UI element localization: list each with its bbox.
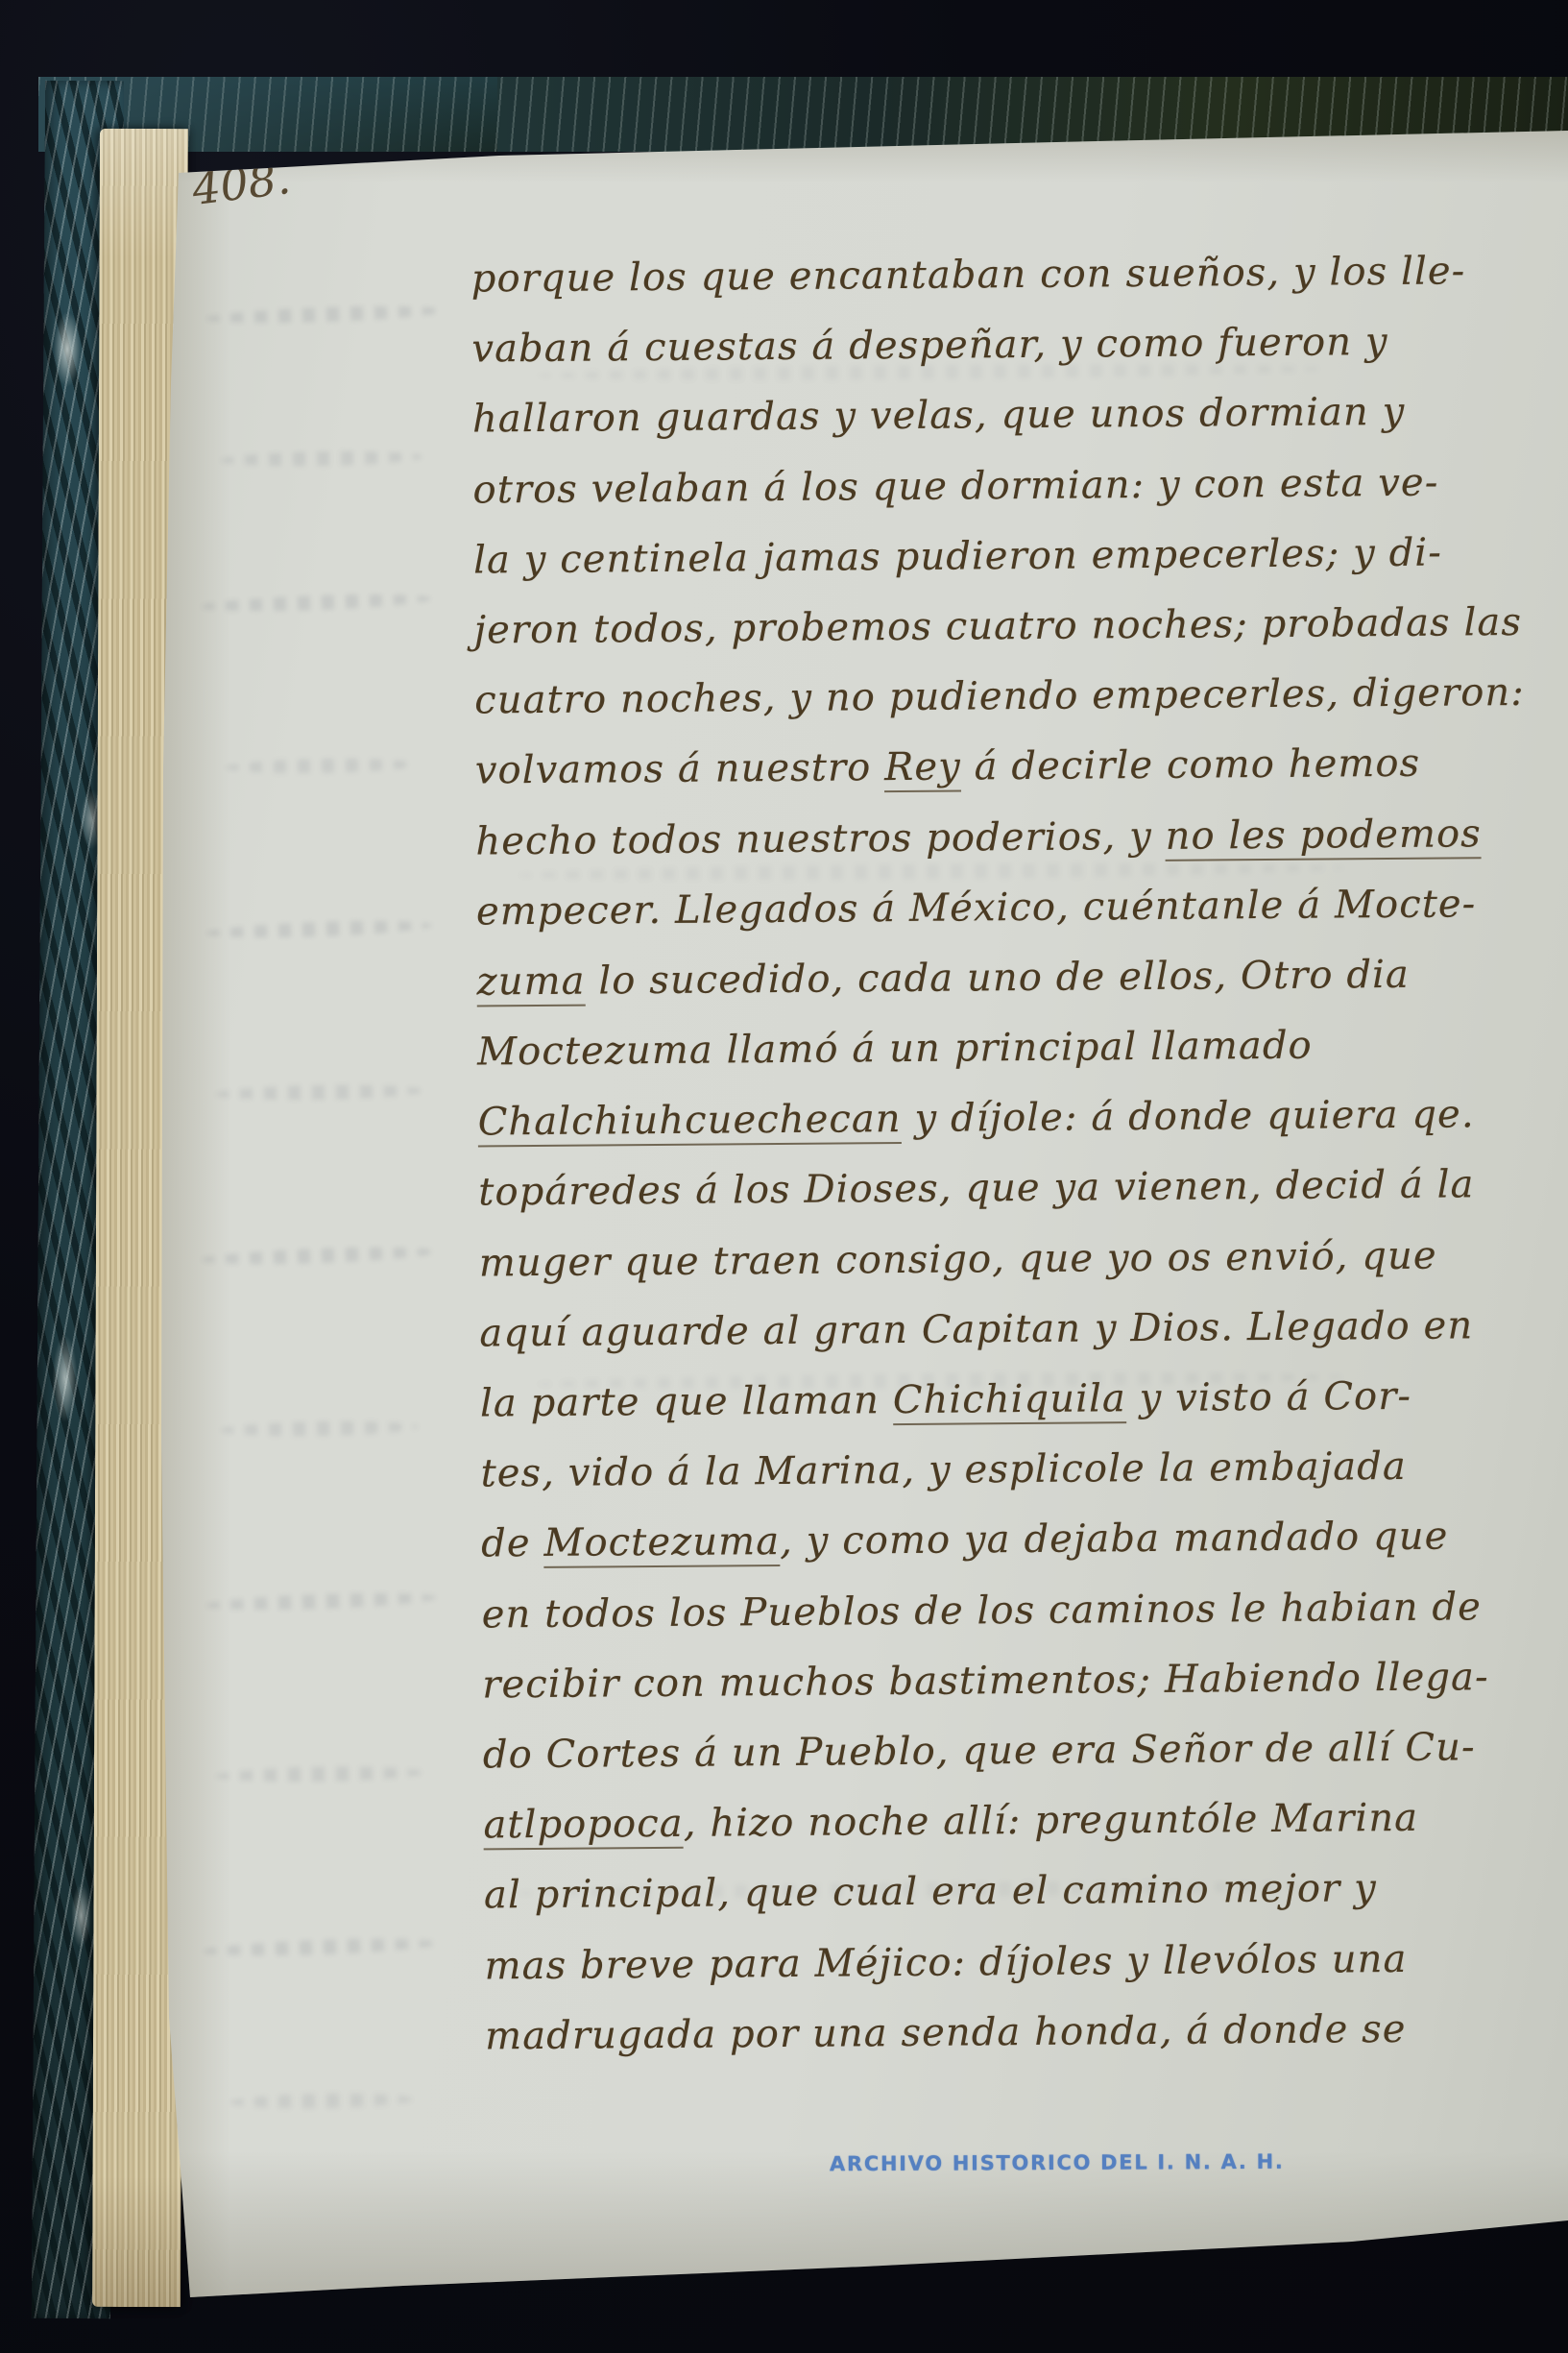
underlined-word: Rey bbox=[884, 745, 961, 793]
manuscript-line: hallaron guardas y velas, que unos dormi… bbox=[472, 376, 1563, 455]
manuscript-line: jeron todos, probemos cuatro noches; pro… bbox=[473, 587, 1564, 666]
manuscript-line: otros velaban á los que dormian: y con e… bbox=[472, 447, 1563, 525]
show-through-ghost-text bbox=[216, 1765, 422, 1783]
underlined-word: zuma bbox=[476, 958, 585, 1007]
manuscript-line: hecho todos nuestros poderios, y no les … bbox=[475, 798, 1566, 877]
manuscript-line: tes, vido á la Marina, y esplicole la em… bbox=[480, 1431, 1568, 1510]
handwritten-text: vaban á cuestas á despeñar, y como fuero… bbox=[471, 320, 1388, 371]
manuscript-line: en todos los Pueblos de los caminos le h… bbox=[481, 1571, 1568, 1650]
handwritten-text: á decirle como hemos bbox=[961, 741, 1421, 789]
manuscript-line: madrugada por una senda honda, á donde s… bbox=[485, 1993, 1568, 2072]
handwritten-text: topáredes á los Dioses, que ya vienen, d… bbox=[478, 1163, 1475, 1215]
manuscript-line: do Cortes á un Pueblo, que era Señor de … bbox=[483, 1711, 1568, 1790]
handwritten-text: y díjole: á donde quiera qe. bbox=[902, 1093, 1475, 1142]
manuscript-line: aquí aguarde al gran Capitan y Dios. Lle… bbox=[479, 1290, 1568, 1369]
handwritten-text: hallaron guardas y velas, que unos dormi… bbox=[472, 390, 1406, 442]
manuscript-line: muger que traen consigo, que yo os envió… bbox=[479, 1220, 1568, 1298]
show-through-ghost-text bbox=[206, 303, 446, 327]
show-through-ghost-text bbox=[206, 918, 432, 940]
handwritten-text: muger que traen consigo, que yo os envió… bbox=[479, 1233, 1437, 1285]
underlined-word: Chichiquila bbox=[893, 1376, 1126, 1425]
handwritten-text: mas breve para Méjico: díjoles y llevólo… bbox=[484, 1936, 1407, 1988]
handwritten-text: porque los que encantaban con sueños, y … bbox=[471, 249, 1466, 301]
manuscript-line: de Moctezuma, y como ya dejaba mandado q… bbox=[481, 1501, 1568, 1580]
manuscript-line: Moctezuma llamó á un principal llamado bbox=[477, 1009, 1568, 1088]
handwritten-text: , hizo noche allí: preguntóle Marina bbox=[684, 1796, 1419, 1846]
handwritten-text: empecer. Llegados á México, cuéntanle á … bbox=[476, 882, 1477, 934]
underlined-word: Moctezuma bbox=[543, 1519, 780, 1568]
handwritten-text: Moctezuma llamó á un principal llamado bbox=[477, 1024, 1313, 1075]
manuscript-line: la parte que llaman Chichiquila y visto … bbox=[480, 1361, 1568, 1440]
handwritten-text: cuatro noches, y no pudiendo empecerles,… bbox=[474, 670, 1525, 723]
handwritten-text: y visto á Cor- bbox=[1126, 1374, 1412, 1420]
handwritten-text: madrugada por una senda honda, á donde s… bbox=[485, 2007, 1407, 2059]
handwritten-text: en todos los Pueblos de los caminos le h… bbox=[482, 1585, 1483, 1637]
handwritten-text: recibir con muchos bastimentos; Habiendo… bbox=[482, 1655, 1489, 1707]
underlined-word: no les podemos bbox=[1165, 812, 1482, 861]
manuscript-line: recibir con muchos bastimentos; Habiendo… bbox=[482, 1641, 1568, 1720]
page-number: 408. bbox=[189, 152, 293, 215]
show-through-ghost-text bbox=[221, 1419, 418, 1438]
show-through-ghost-text bbox=[226, 757, 418, 774]
manuscript-line: atlpopoca, hizo noche allí: preguntóle M… bbox=[483, 1783, 1568, 1861]
manuscript-line: la y centinela jamas pudieron empecerles… bbox=[473, 517, 1564, 595]
handwritten-text: volvamos á nuestro bbox=[475, 745, 885, 792]
handwritten-text: otros velaban á los que dormian: y con e… bbox=[472, 460, 1438, 512]
manuscript-page: 408. porque los que encantaban con sueño… bbox=[0, 0, 1568, 2353]
show-through-ghost-text bbox=[216, 1083, 422, 1102]
handwritten-text: , y como ya dejaba mandado que bbox=[780, 1515, 1449, 1564]
handwritten-text: la y centinela jamas pudieron empecerles… bbox=[473, 530, 1442, 582]
handwritten-text: al principal, que cual era el camino mej… bbox=[484, 1866, 1377, 1917]
manuscript-line: volvamos á nuestro Rey á decirle como he… bbox=[475, 728, 1566, 807]
manuscript-line: al principal, que cual era el camino mej… bbox=[484, 1853, 1568, 1931]
manuscript-text-block: porque los que encantaban con sueños, y … bbox=[471, 236, 1568, 2073]
handwritten-text: do Cortes á un Pueblo, que era Señor de … bbox=[483, 1725, 1476, 1777]
underlined-word: Chalchiuhcuechecan bbox=[478, 1097, 902, 1147]
handwritten-text: hecho todos nuestros poderios, y bbox=[475, 813, 1166, 863]
manuscript-photo: 408. porque los que encantaban con sueño… bbox=[0, 0, 1568, 2353]
archive-stamp: ARCHIVO HISTORICO DEL I. N. A. H. bbox=[830, 2150, 1285, 2175]
show-through-ghost-text bbox=[230, 2092, 413, 2109]
handwritten-text: de bbox=[481, 1521, 544, 1566]
manuscript-line: porque los que encantaban con sueños, y … bbox=[471, 236, 1562, 315]
show-through-ghost-text bbox=[221, 449, 422, 468]
show-through-ghost-text bbox=[202, 592, 432, 614]
handwritten-text: jeron todos, probemos cuatro noches; pro… bbox=[474, 600, 1523, 653]
show-through-ghost-text bbox=[206, 1590, 437, 1613]
handwritten-text: tes, vido á la Marina, y esplicole la em… bbox=[480, 1444, 1407, 1496]
manuscript-line: vaban á cuestas á despeñar, y como fuero… bbox=[471, 306, 1562, 385]
manuscript-line: mas breve para Méjico: díjoles y llevólo… bbox=[484, 1923, 1568, 2001]
manuscript-line: zuma lo sucedido, cada uno de ellos, Otr… bbox=[476, 938, 1567, 1017]
show-through-ghost-text bbox=[202, 1245, 437, 1268]
handwritten-text: aquí aguarde al gran Capitan y Dios. Lle… bbox=[479, 1303, 1473, 1355]
handwritten-text: lo sucedido, cada uno de ellos, Otro dia bbox=[585, 953, 1410, 1004]
show-through-ghost-text bbox=[204, 1936, 439, 1959]
manuscript-line: empecer. Llegados á México, cuéntanle á … bbox=[476, 868, 1567, 947]
manuscript-line: cuatro noches, y no pudiendo empecerles,… bbox=[474, 658, 1565, 737]
manuscript-line: topáredes á los Dioses, que ya vienen, d… bbox=[478, 1150, 1568, 1228]
manuscript-line: Chalchiuhcuechecan y díjole: á donde qui… bbox=[477, 1079, 1568, 1158]
handwritten-text: la parte que llaman bbox=[480, 1378, 893, 1425]
underlined-word: atlpopoca bbox=[483, 1802, 684, 1851]
